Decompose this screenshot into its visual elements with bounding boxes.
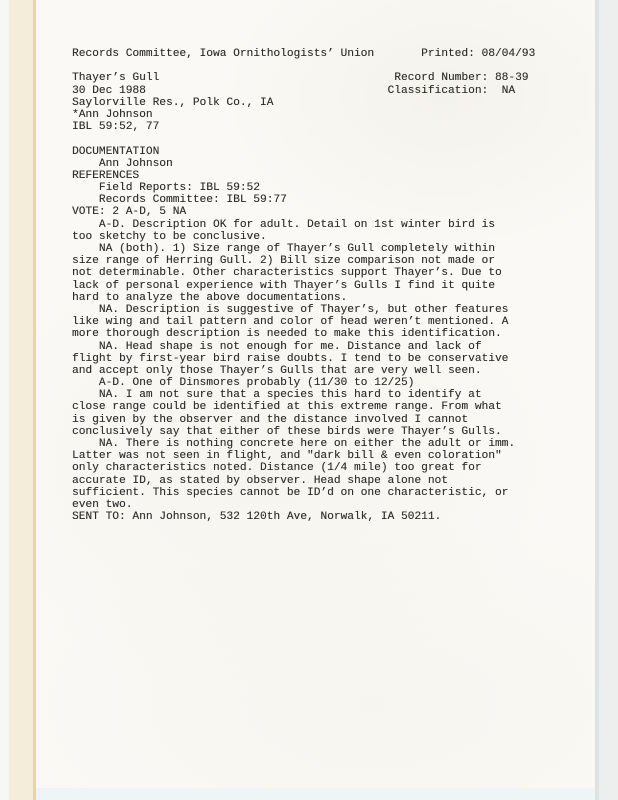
doc-line-vote-comment: NA. Head shape is not enough for me. Dis… [72,341,535,353]
doc-line-vote-comment: and accept only those Thayer’s Gulls tha… [72,365,535,377]
doc-line-vote-comment: NA. I am not sure that a species this ha… [72,389,535,401]
doc-line-documentation-heading: DOCUMENTATION [72,146,535,158]
doc-line-vote-comment: A-D. Description OK for adult. Detail on… [72,219,535,231]
doc-line-documenter: Ann Johnson [72,158,535,170]
doc-line-vote-comment: Latter was not seen in flight, and "dark… [72,450,535,462]
doc-line-ibl-citation: IBL 59:52, 77 [72,121,535,133]
scan-paper-edge-line [33,0,36,800]
doc-line-vote-comment: lack of personal experience with Thayer’… [72,280,535,292]
doc-line-vote-comment: close range could be identified at this … [72,401,535,413]
document-text: Records Committee, Iowa Ornithologists’ … [72,48,535,523]
doc-line-location: Saylorville Res., Polk Co., IA [72,97,535,109]
doc-line-vote-comment: sufficient. This species cannot be ID’d … [72,487,535,499]
doc-line-date-classification: 30 Dec 1988 Classification: NA [72,85,535,97]
doc-line-vote-comment: A-D. One of Dinsmores probably (11/30 to… [72,377,535,389]
doc-line-observer: *Ann Johnson [72,109,535,121]
doc-line-vote-comment: even two. [72,499,535,511]
doc-line-vote-tally: VOTE: 2 A-D, 5 NA [72,206,535,218]
scan-edge-right [599,0,618,800]
doc-line-vote-comment: like wing and tail pattern and color of … [72,316,535,328]
doc-line-vote-comment: NA (both). 1) Size range of Thayer’s Gul… [72,243,535,255]
doc-line-references-heading: REFERENCES [72,170,535,182]
doc-line-vote-comment: flight by first-year bird raise doubts. … [72,353,535,365]
doc-line-vote-comment: NA. There is nothing concrete here on ei… [72,438,535,450]
scan-edge-cream-band [9,0,33,800]
doc-line-vote-comment: NA. Description is suggestive of Thayer’… [72,304,535,316]
doc-line-sent-to: SENT TO: Ann Johnson, 532 120th Ave, Nor… [72,511,535,523]
doc-line-vote-comment: is given by the observer and the distanc… [72,414,535,426]
doc-line-species-record-number: Thayer’s Gull Record Number: 88-39 [72,72,535,84]
doc-line-records-committee-ref: Records Committee: IBL 59:77 [72,194,535,206]
doc-line-vote-comment: conclusively say that either of these bi… [72,426,535,438]
scanned-document: Records Committee, Iowa Ornithologists’ … [0,0,618,800]
doc-line-committee-header: Records Committee, Iowa Ornithologists’ … [72,48,535,60]
doc-line-blank [72,60,535,72]
scan-edge-bottom [36,788,595,800]
doc-line-vote-comment: hard to analyze the above documentations… [72,292,535,304]
doc-line-vote-comment: accurate ID, as stated by observer. Head… [72,475,535,487]
doc-line-blank [72,133,535,145]
scan-edge-left [0,0,9,800]
doc-line-vote-comment: more thorough description is needed to m… [72,328,535,340]
doc-line-vote-comment: not determinable. Other characteristics … [72,267,535,279]
doc-line-field-reports-ref: Field Reports: IBL 59:52 [72,182,535,194]
doc-line-vote-comment: size range of Herring Gull. 2) Bill size… [72,255,535,267]
doc-line-vote-comment: too sketchy to be conclusive. [72,231,535,243]
doc-line-vote-comment: only characteristics noted. Distance (1/… [72,462,535,474]
